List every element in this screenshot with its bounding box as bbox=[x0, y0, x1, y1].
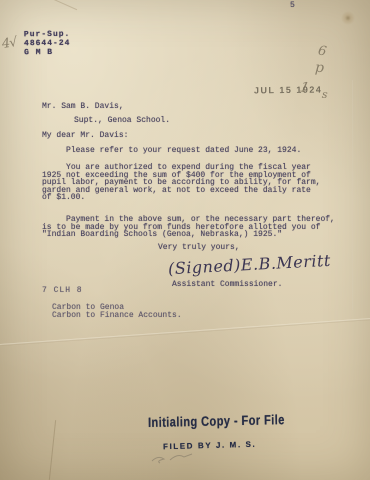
initialing-copy-stamp: Initialing Copy - For File bbox=[148, 412, 285, 430]
pencil-mark: s bbox=[321, 88, 328, 102]
letter-paragraph-2: You are authorized to expend during the … bbox=[42, 164, 347, 202]
recipient-title: Supt., Genoa School. bbox=[74, 117, 170, 125]
pencil-mark: p bbox=[314, 60, 324, 77]
closing: Very truly yours, bbox=[158, 244, 240, 252]
pencil-check-mark: 4√ bbox=[1, 35, 18, 52]
purchase-supply-file-stamp: Pur-Sup. 48644-24 G M B bbox=[24, 30, 71, 57]
signer-title: Assistant Commissioner. bbox=[172, 281, 282, 289]
pencil-squiggle bbox=[150, 452, 195, 466]
carbon-note-2: Carbon to Finance Accounts. bbox=[52, 312, 182, 320]
reference-initials: 7 CLH 8 bbox=[42, 287, 83, 295]
date-received-stamp: JUL 15 1924 bbox=[254, 85, 323, 96]
letter-paragraph-3: Payment in the above sum, or the necessa… bbox=[42, 216, 347, 239]
page-number: 5 bbox=[290, 2, 295, 10]
salutation: My dear Mr. Davis: bbox=[42, 132, 128, 140]
letter-paragraph-1: Please refer to your request dated June … bbox=[42, 147, 342, 155]
recipient-name: Mr. Sam B. Davis, bbox=[42, 103, 124, 111]
